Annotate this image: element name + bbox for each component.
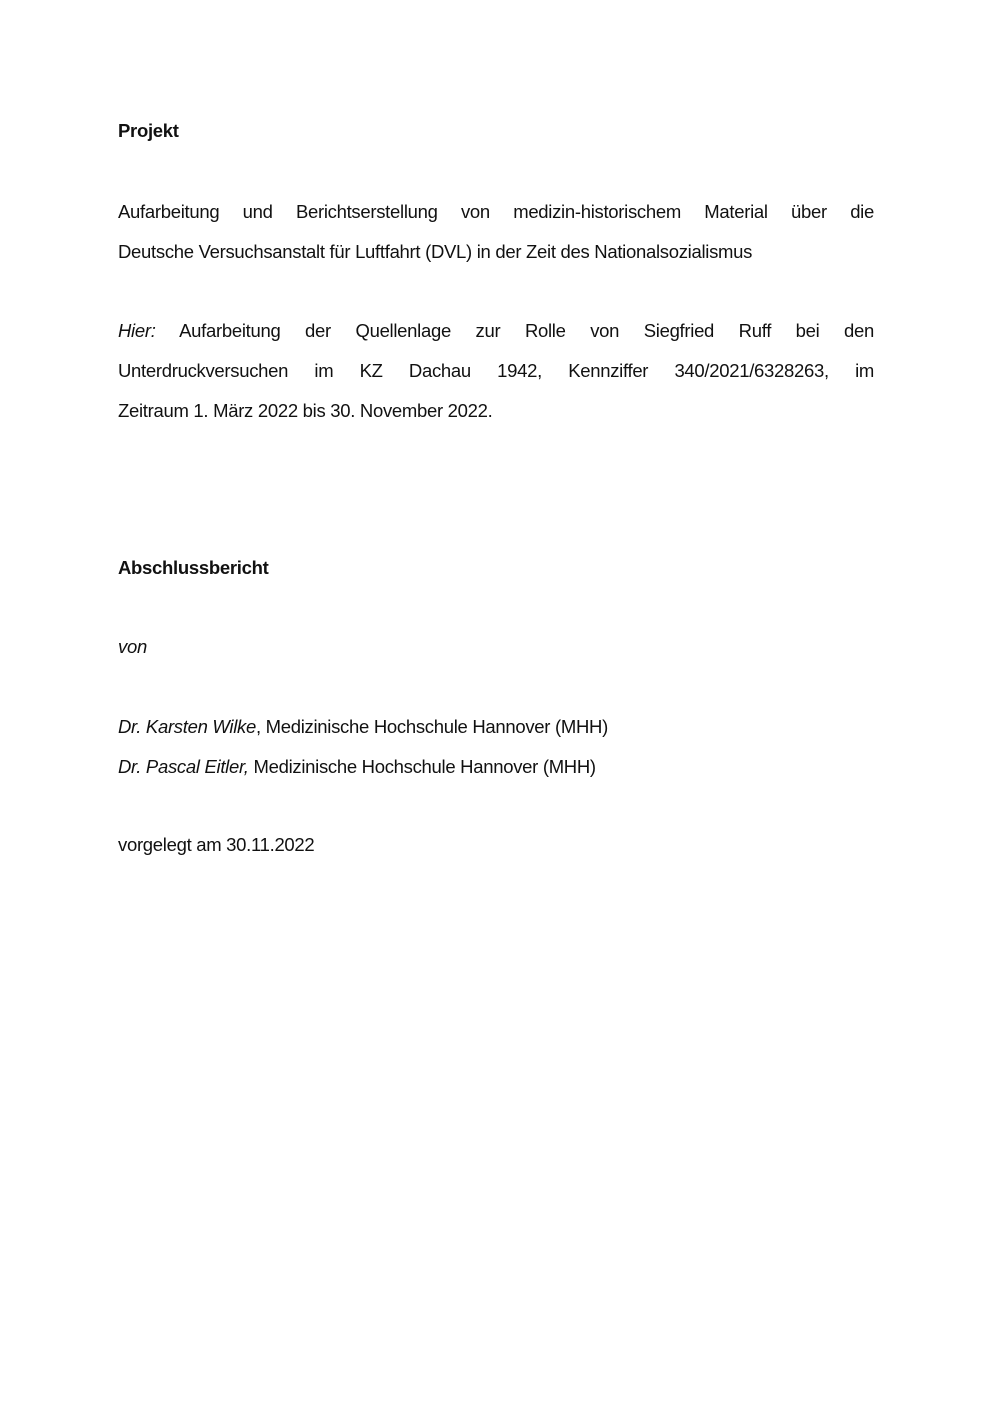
project-scope-line-3: Zeitraum 1. März 2022 bis 30. November 2… xyxy=(118,391,874,431)
author-1-affiliation: Medizinische Hochschule Hannover (MHH) xyxy=(261,716,608,737)
project-scope: Hier: Aufarbeitung der Quellenlage zur R… xyxy=(118,311,874,431)
author-1-name: Dr. Karsten Wilke xyxy=(118,716,256,737)
heading-abschlussbericht: Abschlussbericht xyxy=(118,557,874,579)
scope-line-1-text: Aufarbeitung der Quellenlage zur Rolle v… xyxy=(156,320,874,341)
author-2: Dr. Pascal Eitler, Medizinische Hochschu… xyxy=(118,756,874,778)
heading-projekt: Projekt xyxy=(118,120,874,142)
project-scope-line-1: Hier: Aufarbeitung der Quellenlage zur R… xyxy=(118,311,874,351)
submission-date: vorgelegt am 30.11.2022 xyxy=(118,834,874,856)
author-2-name: Dr. Pascal Eitler, xyxy=(118,756,249,777)
project-description: Aufarbeitung und Berichtserstellung von … xyxy=(118,192,874,272)
document-page: Projekt Aufarbeitung und Berichtserstell… xyxy=(0,0,992,1403)
author-2-affiliation: Medizinische Hochschule Hannover (MHH) xyxy=(249,756,596,777)
scope-label: Hier: xyxy=(118,320,156,341)
project-scope-line-2: Unterdruckversuchen im KZ Dachau 1942, K… xyxy=(118,351,874,391)
project-description-line-1: Aufarbeitung und Berichtserstellung von … xyxy=(118,192,874,232)
author-1: Dr. Karsten Wilke, Medizinische Hochschu… xyxy=(118,716,874,738)
project-description-line-2: Deutsche Versuchsanstalt für Luftfahrt (… xyxy=(118,232,874,272)
by-label: von xyxy=(118,636,874,658)
